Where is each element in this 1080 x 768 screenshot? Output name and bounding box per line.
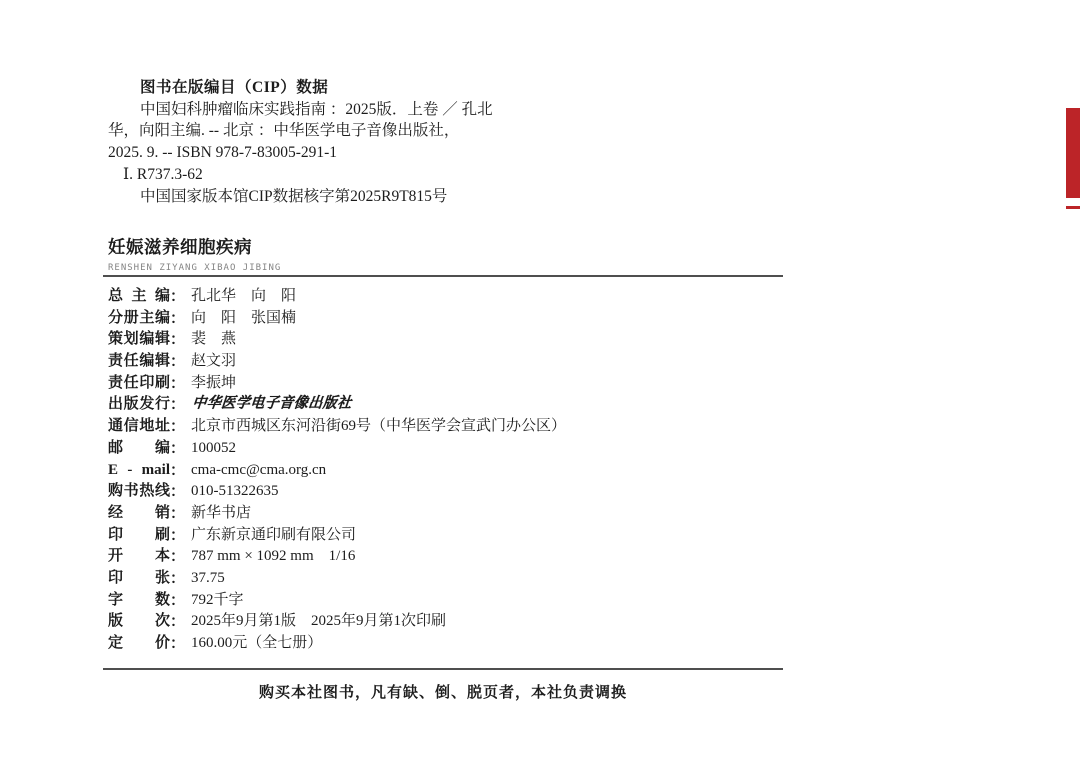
info-colon: ：: [170, 503, 185, 525]
info-colon: ：: [170, 460, 185, 482]
info-value: 赵文羽: [191, 351, 236, 373]
cip-line: 华，向阳主编. -- 北京 ：中华医学电子音像出版社，: [108, 120, 628, 142]
info-label: 定价: [108, 633, 170, 655]
info-value: 792千字: [191, 590, 244, 612]
info-colon: ：: [170, 611, 185, 633]
cip-line: 2025. 9. -- ISBN 978-7-83005-291-1: [108, 142, 628, 164]
info-row-hotline: 购书热线：010-51322635: [108, 481, 566, 503]
divider-rule-bottom: [103, 668, 783, 670]
info-label: 通信地址: [108, 416, 170, 438]
info-colon: ：: [170, 394, 185, 416]
info-row-edition: 版次：2025年9月第1版 2025年9月第1次印刷: [108, 611, 566, 633]
info-value: 裴 燕: [191, 329, 236, 351]
publication-info-list: 总主编：孔北华 向 阳 分册主编：向 阳 张国楠 策划编辑：裴 燕 责任编辑：赵…: [108, 286, 566, 655]
info-row-email: E - mail：cma-cmc@cma.org.cn: [108, 460, 566, 482]
info-value: 李振坤: [191, 373, 236, 395]
info-label: 购书热线: [108, 481, 170, 503]
info-row-distributor: 经销：新华书店: [108, 503, 566, 525]
info-label: 版次: [108, 611, 170, 633]
info-colon: ：: [170, 438, 185, 460]
info-label: 分册主编: [108, 308, 170, 330]
info-row-printer: 印刷：广东新京通印刷有限公司: [108, 525, 566, 547]
info-row-planning-editor: 策划编辑：裴 燕: [108, 329, 566, 351]
print-registration-bar-mark: [1066, 108, 1080, 198]
info-value: 广东新京通印刷有限公司: [191, 525, 356, 547]
info-colon: ：: [170, 546, 185, 568]
info-value: 37.75: [191, 568, 225, 590]
info-colon: ：: [170, 525, 185, 547]
info-value: 100052: [191, 438, 236, 460]
info-value: 新华书店: [191, 503, 251, 525]
info-label: 开本: [108, 546, 170, 568]
info-label: 总主编: [108, 286, 170, 308]
info-colon: ：: [170, 590, 185, 612]
cip-line: 中国妇科肿瘤临床实践指南 ：2025版．上卷 ／ 孔北: [108, 99, 628, 121]
info-value: 2025年9月第1版 2025年9月第1次印刷: [191, 611, 446, 633]
info-label: 责任印刷: [108, 373, 170, 395]
info-row-publisher: 出版发行：中华医学电子音像出版社: [108, 394, 566, 416]
print-registration-tick-mark: [1066, 206, 1080, 209]
cip-heading: 图书在版编目（CIP）数据: [108, 77, 628, 99]
info-value: cma-cmc@cma.org.cn: [191, 460, 326, 482]
info-row-responsible-editor: 责任编辑：赵文羽: [108, 351, 566, 373]
info-value: 010-51322635: [191, 481, 279, 503]
info-colon: ：: [170, 329, 185, 351]
info-value: 北京市西城区东河沿街69号（中华医学会宣武门办公区）: [191, 416, 566, 438]
cip-line: 中国国家版本馆CIP数据核字第2025R9T815号: [108, 186, 628, 208]
divider-rule-top: [103, 275, 783, 277]
cip-block: 图书在版编目（CIP）数据 中国妇科肿瘤临床实践指南 ：2025版．上卷 ／ 孔…: [108, 77, 628, 207]
info-colon: ：: [170, 481, 185, 503]
publisher-logotype: 中华医学电子音像出版社: [191, 393, 353, 416]
info-colon: ：: [170, 633, 185, 655]
replacement-notice: 购买本社图书，凡有缺、倒、脱页者，本社负责调换: [103, 681, 783, 702]
book-title-pinyin: RENSHEN ZIYANG XIBAO JIBING: [108, 263, 281, 273]
info-row-postcode: 邮编：100052: [108, 438, 566, 460]
info-label: 出版发行: [108, 394, 170, 416]
info-value: 160.00元（全七册）: [191, 633, 322, 655]
info-row-price: 定价：160.00元（全七册）: [108, 633, 566, 655]
info-value: 向 阳 张国楠: [191, 308, 296, 330]
info-label: 印张: [108, 568, 170, 590]
info-row-format: 开本：787 mm × 1092 mm 1/16: [108, 546, 566, 568]
info-colon: ：: [170, 351, 185, 373]
info-row-volume-editors: 分册主编：向 阳 张国楠: [108, 308, 566, 330]
book-title-block: 妊娠滋养细胞疾病 RENSHEN ZIYANG XIBAO JIBING: [108, 234, 281, 273]
book-title: 妊娠滋养细胞疾病: [108, 234, 281, 259]
info-label: 字数: [108, 590, 170, 612]
info-label: 邮编: [108, 438, 170, 460]
info-label: E - mail: [108, 460, 170, 482]
info-value: 孔北华 向 阳: [191, 286, 296, 308]
info-row-chief-editors: 总主编：孔北华 向 阳: [108, 286, 566, 308]
info-colon: ：: [170, 416, 185, 438]
info-row-print-supervisor: 责任印刷：李振坤: [108, 373, 566, 395]
info-value: 787 mm × 1092 mm 1/16: [191, 546, 355, 568]
info-colon: ：: [170, 308, 185, 330]
info-label: 策划编辑: [108, 329, 170, 351]
colophon-page: 图书在版编目（CIP）数据 中国妇科肿瘤临床实践指南 ：2025版．上卷 ／ 孔…: [0, 0, 1080, 768]
info-row-sheets: 印张：37.75: [108, 568, 566, 590]
info-row-word-count: 字数：792千字: [108, 590, 566, 612]
info-colon: ：: [170, 286, 185, 308]
info-label: 印刷: [108, 525, 170, 547]
info-colon: ：: [170, 373, 185, 395]
cip-line: Ⅰ. R737.3-62: [108, 164, 628, 186]
info-label: 经销: [108, 503, 170, 525]
info-label: 责任编辑: [108, 351, 170, 373]
info-row-address: 通信地址：北京市西城区东河沿街69号（中华医学会宣武门办公区）: [108, 416, 566, 438]
info-colon: ：: [170, 568, 185, 590]
